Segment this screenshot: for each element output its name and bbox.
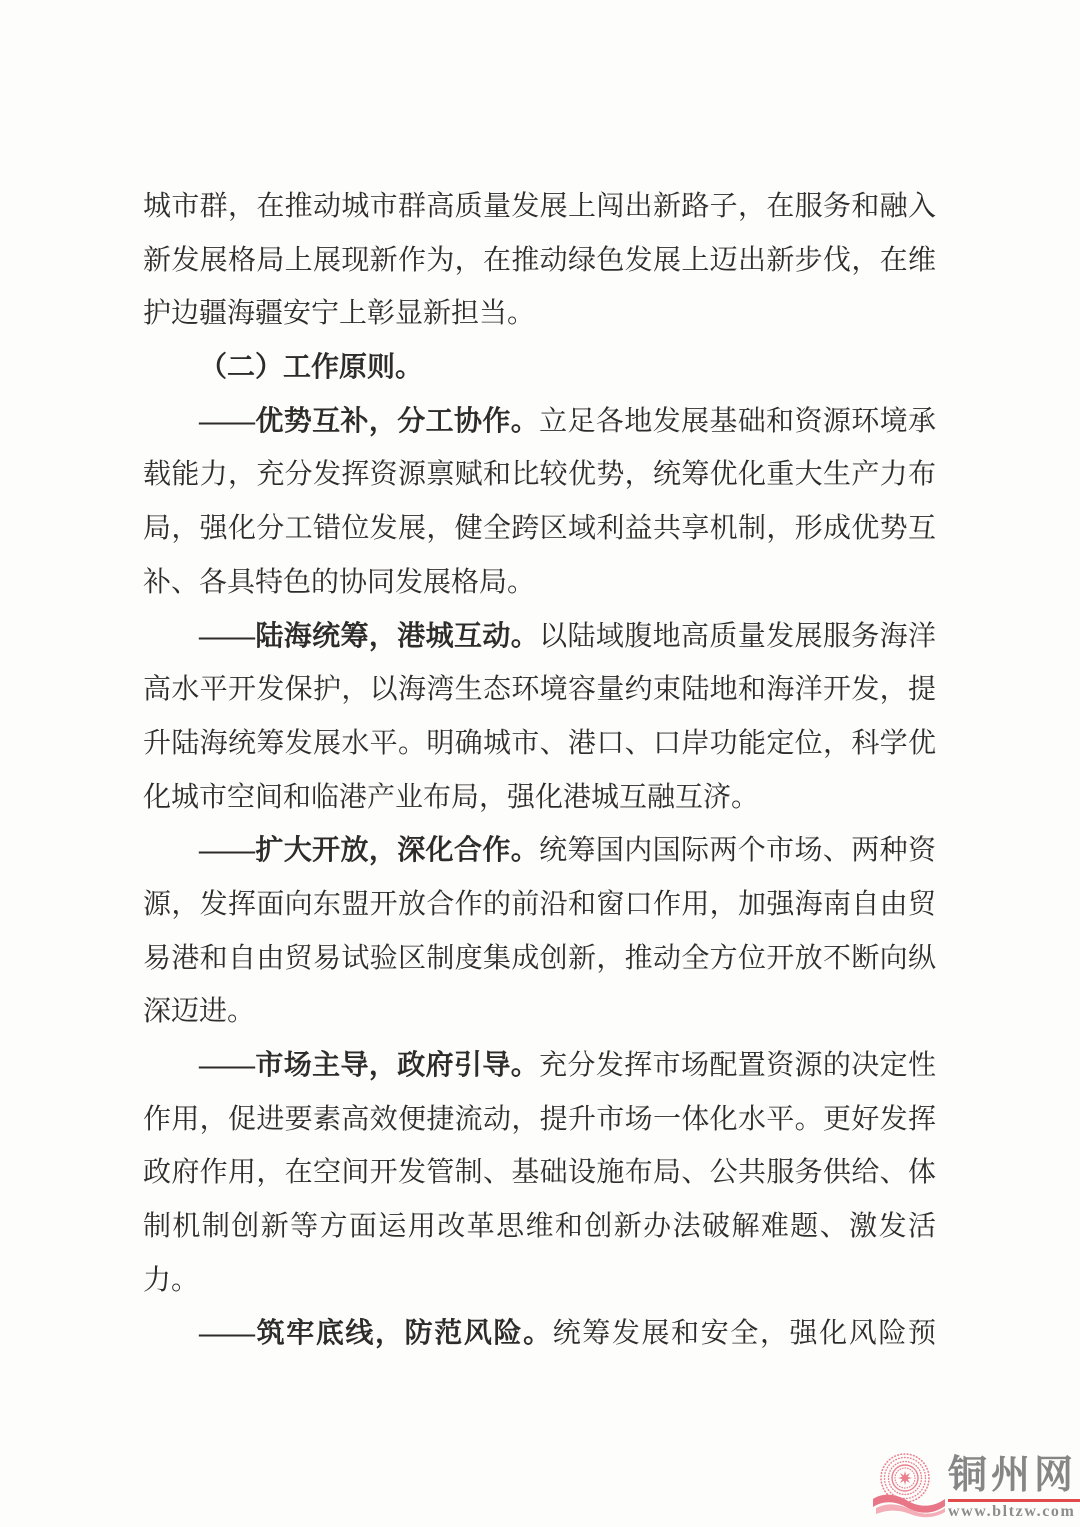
document-page: 城市群，在推动城市群高质量发展上闯出新路子，在服务和融入新发展格局上展现新作为，… (0, 0, 1080, 1527)
text-segment: 制机制创新等方面运用改革思维和创新办法破解难题、激发活 (143, 1211, 936, 1242)
text-line: ——市场主导，政府引导。充分发挥市场配置资源的决定性 (143, 1039, 936, 1093)
watermark-text: 铜州网 www.bltzw.com (948, 1448, 1080, 1521)
text-segment: 充分发挥市场配置资源的决定性 (539, 1050, 936, 1081)
text-line: 深迈进。 (143, 985, 936, 1039)
text-line: 政府作用，在空间开发管制、基础设施布局、公共服务供给、体 (143, 1146, 936, 1200)
text-line: ——扩大开放，深化合作。统筹国内国际两个市场、两种资 (143, 824, 936, 878)
text-segment: 新发展格局上展现新作为，在推动绿色发展上迈出新步伐，在维 (143, 245, 936, 276)
text-line: 载能力，充分发挥资源禀赋和比较优势，统筹优化重大生产力布 (143, 448, 936, 502)
text-segment: 力。 (143, 1265, 199, 1296)
text-segment: 统筹国内国际两个市场、两种资 (539, 835, 936, 866)
text-segment-bold: ——市场主导，政府引导。 (199, 1050, 539, 1081)
document-body: 城市群，在推动城市群高质量发展上闯出新路子，在服务和融入新发展格局上展现新作为，… (143, 180, 936, 1361)
text-line: ——陆海统筹，港城互动。以陆域腹地高质量发展服务海洋 (143, 610, 936, 664)
logo-star (898, 1471, 912, 1485)
text-segment: 护边疆海疆安宁上彰显新担当。 (143, 298, 535, 329)
text-line: 护边疆海疆安宁上彰显新担当。 (143, 287, 936, 341)
text-line: 城市群，在推动城市群高质量发展上闯出新路子，在服务和融入 (143, 180, 936, 234)
text-segment-bold: ——扩大开放，深化合作。 (199, 835, 539, 866)
text-segment: 以陆域腹地高质量发展服务海洋 (539, 621, 936, 652)
watermark: 铜州网 www.bltzw.com (872, 1448, 1078, 1522)
text-segment-bold: ——筑牢底线，防范风险。 (199, 1318, 553, 1349)
text-segment: 高水平开发保护，以海湾生态环境容量约束陆地和海洋开发，提 (143, 674, 936, 705)
text-line: 升陆海统筹发展水平。明确城市、港口、口岸功能定位，科学优 (143, 717, 936, 771)
text-segment: 作用，促进要素高效便捷流动，提升市场一体化水平。更好发挥 (143, 1104, 936, 1135)
text-segment: 补、各具特色的协同发展格局。 (143, 567, 535, 598)
text-line: 源，发挥面向东盟开放合作的前沿和窗口作用，加强海南自由贸 (143, 878, 936, 932)
text-segment-bold: ——陆海统筹，港城互动。 (199, 621, 539, 652)
text-line: 作用，促进要素高效便捷流动，提升市场一体化水平。更好发挥 (143, 1093, 936, 1147)
text-segment: 深迈进。 (143, 996, 255, 1027)
text-line: 力。 (143, 1254, 936, 1308)
text-line: 补、各具特色的协同发展格局。 (143, 556, 936, 610)
watermark-underline (948, 1499, 1080, 1502)
text-line: 新发展格局上展现新作为，在推动绿色发展上迈出新步伐，在维 (143, 234, 936, 288)
text-line: ——筑牢底线，防范风险。统筹发展和安全，强化风险预 (143, 1307, 936, 1361)
text-line: 高水平开发保护，以海湾生态环境容量约束陆地和海洋开发，提 (143, 663, 936, 717)
text-line: 化城市空间和临港产业布局，强化港城互融互济。 (143, 771, 936, 825)
site-url: www.bltzw.com (948, 1503, 1080, 1521)
site-logo-icon (872, 1448, 946, 1522)
text-line: 易港和自由贸易试验区制度集成创新，推动全方位开放不断向纵 (143, 932, 936, 986)
text-line: 局，强化分工错位发展，健全跨区域利益共享机制，形成优势互 (143, 502, 936, 556)
text-segment: 化城市空间和临港产业布局，强化港城互融互济。 (143, 782, 759, 813)
text-segment: 源，发挥面向东盟开放合作的前沿和窗口作用，加强海南自由贸 (143, 889, 936, 920)
text-segment: 局，强化分工错位发展，健全跨区域利益共享机制，形成优势互 (143, 513, 936, 544)
text-segment: 载能力，充分发挥资源禀赋和比较优势，统筹优化重大生产力布 (143, 459, 936, 490)
text-segment: 统筹发展和安全，强化风险预 (553, 1318, 936, 1349)
text-segment: 城市群，在推动城市群高质量发展上闯出新路子，在服务和融入 (143, 191, 936, 222)
text-segment: 升陆海统筹发展水平。明确城市、港口、口岸功能定位，科学优 (143, 728, 936, 759)
text-line: ——优势互补，分工协作。立足各地发展基础和资源环境承 (143, 395, 936, 449)
text-line: （二）工作原则。 (143, 341, 936, 395)
text-segment-bold: （二）工作原则。 (199, 352, 423, 383)
site-name: 铜州网 (948, 1456, 1080, 1496)
text-segment: 易港和自由贸易试验区制度集成创新，推动全方位开放不断向纵 (143, 943, 936, 974)
text-segment: 立足各地发展基础和资源环境承 (539, 406, 936, 437)
text-segment-bold: ——优势互补，分工协作。 (199, 406, 539, 437)
text-segment: 政府作用，在空间开发管制、基础设施布局、公共服务供给、体 (143, 1157, 936, 1188)
text-line: 制机制创新等方面运用改革思维和创新办法破解难题、激发活 (143, 1200, 936, 1254)
